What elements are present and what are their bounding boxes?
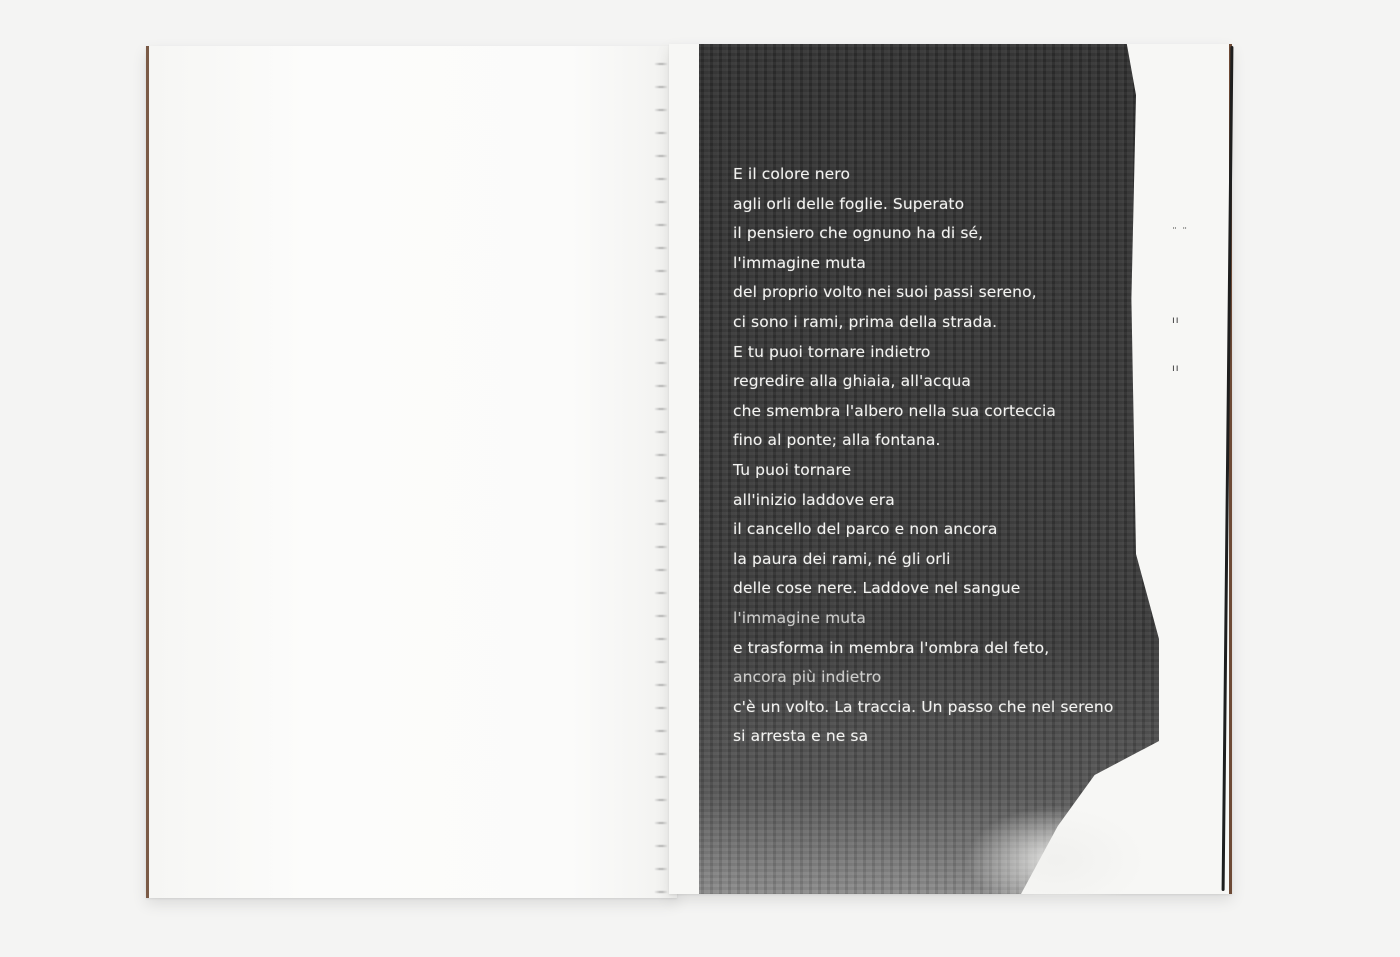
margin-mark: ıı: [1172, 316, 1180, 326]
poem-line: il pensiero che ognuno ha di sé,: [733, 219, 1113, 249]
poem-line: c'è un volto. La traccia. Un passo che n…: [733, 693, 1113, 723]
margin-marks: ¨ ¨ ıı ıı: [1172, 228, 1192, 378]
poem-line: e trasforma in membra l'ombra del feto,: [733, 634, 1113, 664]
poem-line: E tu puoi tornare indietro: [733, 338, 1113, 368]
poem-line: l'immagine muta: [733, 249, 1113, 279]
gutter-tear-edge: [654, 54, 668, 899]
poem-line: agli orli delle foglie. Superato: [733, 190, 1113, 220]
poem-line: del proprio volto nei suoi passi sereno,: [733, 278, 1113, 308]
poem-line: che smembra l'albero nella sua corteccia: [733, 397, 1113, 427]
poem-line: fino al ponte; alla fontana.: [733, 426, 1113, 456]
poem-line: l'immagine muta: [733, 604, 1113, 634]
poem-line: all'inizio laddove era: [733, 486, 1113, 516]
poem-text: E il colore nero agli orli delle foglie.…: [733, 160, 1113, 752]
poem-line: si arresta e ne sa: [733, 722, 1113, 752]
poem-line: il cancello del parco e non ancora: [733, 515, 1113, 545]
poem-line: la paura dei rami, né gli orli: [733, 545, 1113, 575]
margin-mark: ¨ ¨: [1172, 228, 1188, 238]
poem-line: ci sono i rami, prima della strada.: [733, 308, 1113, 338]
charcoal-fade: [966, 806, 1146, 896]
poem-line: E il colore nero: [733, 160, 1113, 190]
poem-line: delle cose nere. Laddove nel sangue: [733, 574, 1113, 604]
poem-line: ancora più indietro: [733, 663, 1113, 693]
poem-line: regredire alla ghiaia, all'acqua: [733, 367, 1113, 397]
poem-line: Tu puoi tornare: [733, 456, 1113, 486]
left-page-blank: [146, 46, 677, 898]
margin-mark: ıı: [1172, 364, 1180, 374]
